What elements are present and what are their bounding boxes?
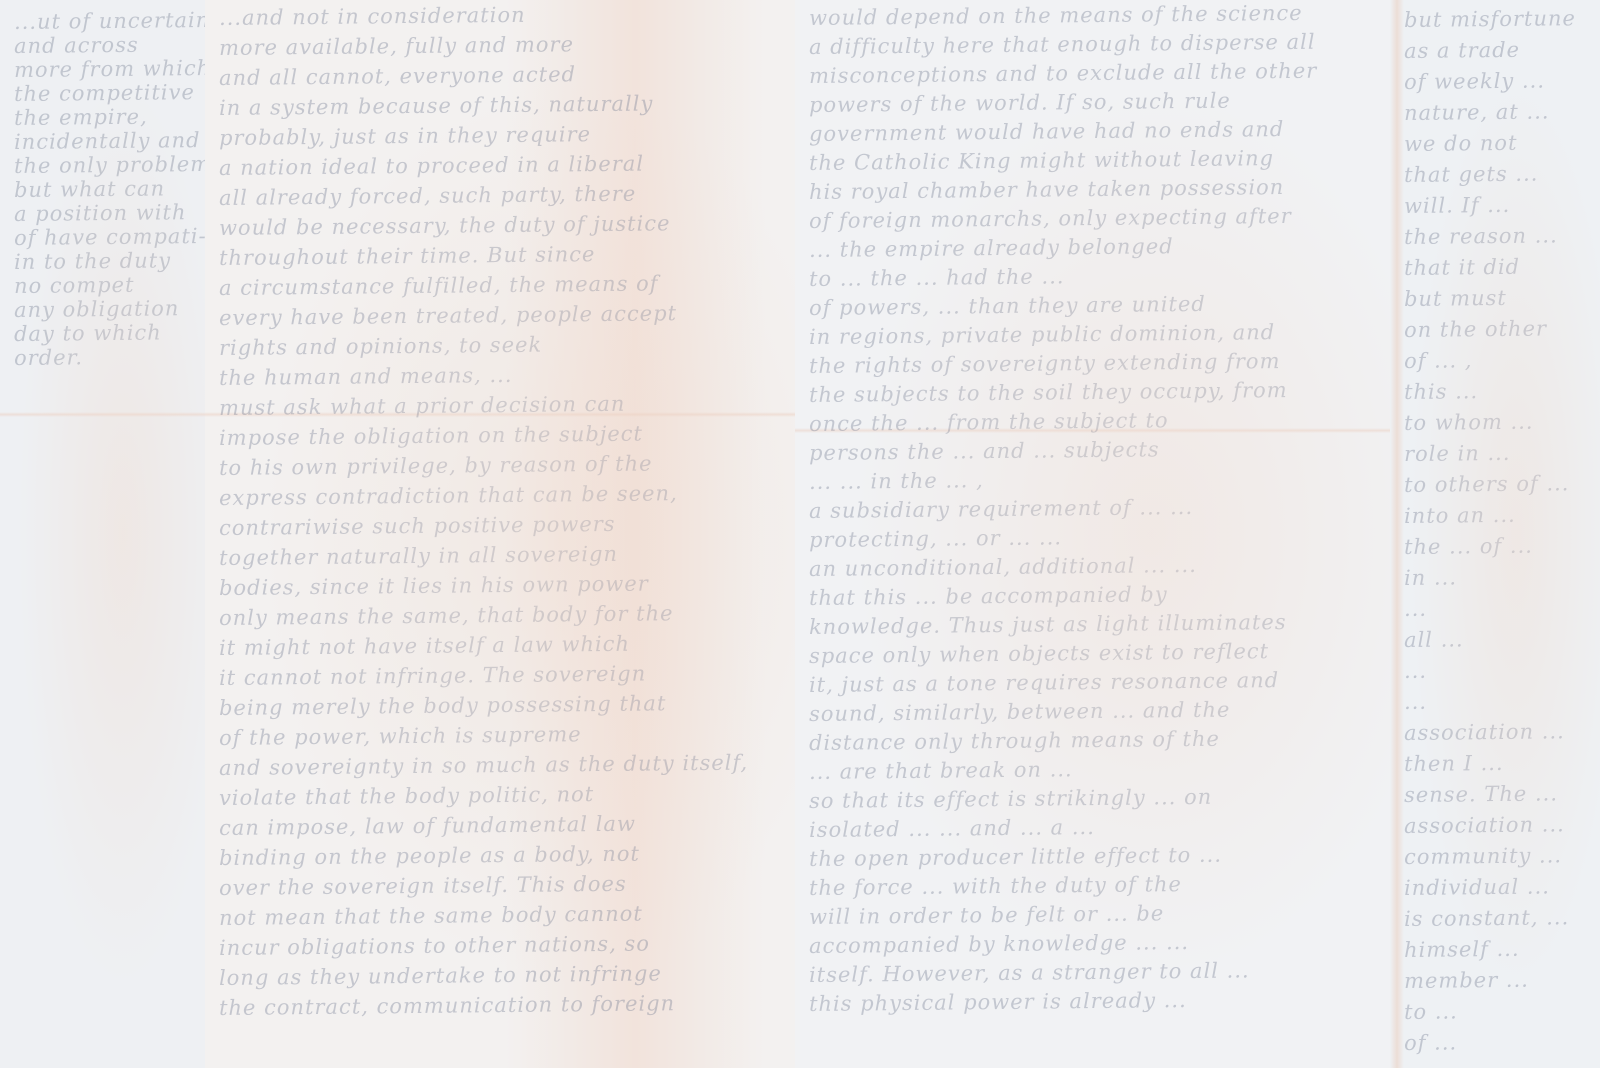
handwritten-line: the only problem: [14, 152, 197, 178]
handwritten-line: sense. The ...: [1404, 781, 1592, 807]
handwritten-line: of ... ,: [1404, 347, 1592, 373]
handwritten-line: knowledge. Thus just as light illuminate…: [809, 609, 1382, 639]
handwritten-line: but what can: [14, 176, 197, 202]
handwritten-line: to ... the ... had the ...: [809, 261, 1382, 291]
handwritten-line: in ...: [1404, 564, 1592, 590]
handwritten-line: the Catholic King might without leaving: [809, 145, 1382, 175]
handwritten-line: no compet: [14, 272, 197, 298]
handwritten-line: that this ... be accompanied by: [809, 580, 1382, 610]
handwritten-line: member ...: [1404, 967, 1592, 993]
handwritten-line: of have compati-: [14, 224, 197, 250]
handwritten-line: this physical power is already ...: [809, 986, 1382, 1016]
handwritten-line: himself ...: [1404, 936, 1592, 962]
handwritten-line: his royal chamber have taken possession: [809, 174, 1382, 204]
handwritten-line: day to which: [14, 320, 197, 346]
handwritten-line: itself. However, as a stranger to all ..…: [809, 957, 1382, 987]
center-left-paper-sheet: ...and not in considerationmore availabl…: [205, 0, 795, 1068]
handwritten-line: an unconditional, additional ... ...: [809, 551, 1382, 581]
handwritten-line: the empire,: [14, 104, 197, 130]
handwritten-line: all ...: [1404, 626, 1592, 652]
handwritten-line: so that its effect is strikingly ... on: [809, 783, 1382, 813]
handwritten-line: of ...: [1404, 1029, 1592, 1055]
handwritten-line: would depend on the means of the science: [809, 0, 1382, 30]
handwritten-line: the rights of sovereignty extending from: [809, 348, 1382, 378]
handwritten-line: to others of ...: [1404, 471, 1592, 497]
handwritten-line: individual ...: [1404, 874, 1592, 900]
handwritten-line: in regions, private public dominion, and: [809, 319, 1382, 349]
handwritten-line: of foreign monarchs, only expecting afte…: [809, 203, 1382, 233]
handwritten-line: order.: [14, 344, 197, 370]
handwritten-line: the open producer little effect to ...: [809, 841, 1382, 871]
handwritten-line: into an ...: [1404, 502, 1592, 528]
handwritten-line: on the other: [1404, 316, 1592, 342]
handwritten-line: a position with: [14, 200, 197, 226]
handwritten-line: association ...: [1404, 812, 1592, 838]
handwritten-line: the subjects to the soil they occupy, fr…: [809, 377, 1382, 407]
handwritten-line: that it did: [1404, 254, 1592, 280]
handwritten-line: a subsidiary requirement of ... ...: [809, 493, 1382, 523]
handwritten-line: that gets ...: [1404, 161, 1592, 187]
fold-line: [0, 412, 205, 417]
handwritten-line: we do not: [1404, 130, 1592, 156]
handwritten-line: nature, at ...: [1404, 99, 1592, 125]
left-paper-strip: ...ut of uncertaintyand acrossmore from …: [0, 0, 205, 1068]
handwritten-line: is constant, ...: [1404, 905, 1592, 931]
handwritten-line: space only when objects exist to reflect: [809, 638, 1382, 668]
handwritten-line: incidentally and its: [14, 128, 197, 154]
handwritten-line: accompanied by knowledge ... ...: [809, 928, 1382, 958]
handwritten-line: any obligation: [14, 296, 197, 322]
handwritten-line: the ... of ...: [1404, 533, 1592, 559]
right-paper-strip: but misfortuneas a tradeof weekly ...nat…: [1390, 0, 1600, 1068]
handwritten-line: will in order to be felt or ... be: [809, 899, 1382, 929]
handwritten-line: more from which: [14, 56, 197, 82]
handwritten-line: ...: [1404, 595, 1592, 621]
handwritten-line: as a trade: [1404, 37, 1592, 63]
handwritten-line: the force ... with the duty of the: [809, 870, 1382, 900]
handwritten-line: then I ...: [1404, 750, 1592, 776]
handwritten-line: will. If ...: [1404, 192, 1592, 218]
handwritten-line: ... are that break on ...: [809, 754, 1382, 784]
handwritten-line: a difficulty here that enough to dispers…: [809, 29, 1382, 59]
handwritten-line: community ...: [1404, 843, 1592, 869]
fold-line: [1390, 0, 1404, 1068]
handwritten-line: persons the ... and ... subjects: [809, 435, 1382, 465]
handwritten-line: to whom ...: [1404, 409, 1592, 435]
handwritten-line: distance only through means of the: [809, 725, 1382, 755]
handwritten-line: sound, similarly, between ... and the: [809, 696, 1382, 726]
handwritten-line: in to the duty: [14, 248, 197, 274]
handwritten-line: powers of the world. If so, such rule: [809, 87, 1382, 117]
handwritten-line: association ...: [1404, 719, 1592, 745]
handwritten-line: to ...: [1404, 998, 1592, 1024]
handwritten-line: it, just as a tone requires resonance an…: [809, 667, 1382, 697]
handwritten-line: government would have had no ends and: [809, 116, 1382, 146]
handwritten-line: the competitive: [14, 80, 197, 106]
handwritten-line: of weekly ...: [1404, 68, 1592, 94]
handwritten-line: of powers, ... than they are united: [809, 290, 1382, 320]
handwritten-line: but misfortune: [1404, 6, 1592, 32]
handwritten-line: ... ... in the ... ,: [809, 464, 1382, 494]
handwritten-line: ...: [1404, 657, 1592, 683]
handwritten-line: and across: [14, 32, 197, 58]
handwritten-line: role in ...: [1404, 440, 1592, 466]
handwritten-line: ...: [1404, 688, 1592, 714]
handwritten-line: misconceptions and to exclude all the ot…: [809, 58, 1382, 88]
center-right-paper-sheet: would depend on the means of the science…: [795, 0, 1390, 1068]
handwritten-line: the reason ...: [1404, 223, 1592, 249]
handwritten-line: ... the empire already belonged: [809, 232, 1382, 262]
handwritten-line: this ...: [1404, 378, 1592, 404]
handwritten-line: ...ut of uncertainty: [14, 8, 197, 34]
handwritten-line: isolated ... ... and ... a ...: [809, 812, 1382, 842]
handwritten-line: protecting, ... or ... ...: [809, 522, 1382, 552]
handwritten-line: but must: [1404, 285, 1592, 311]
